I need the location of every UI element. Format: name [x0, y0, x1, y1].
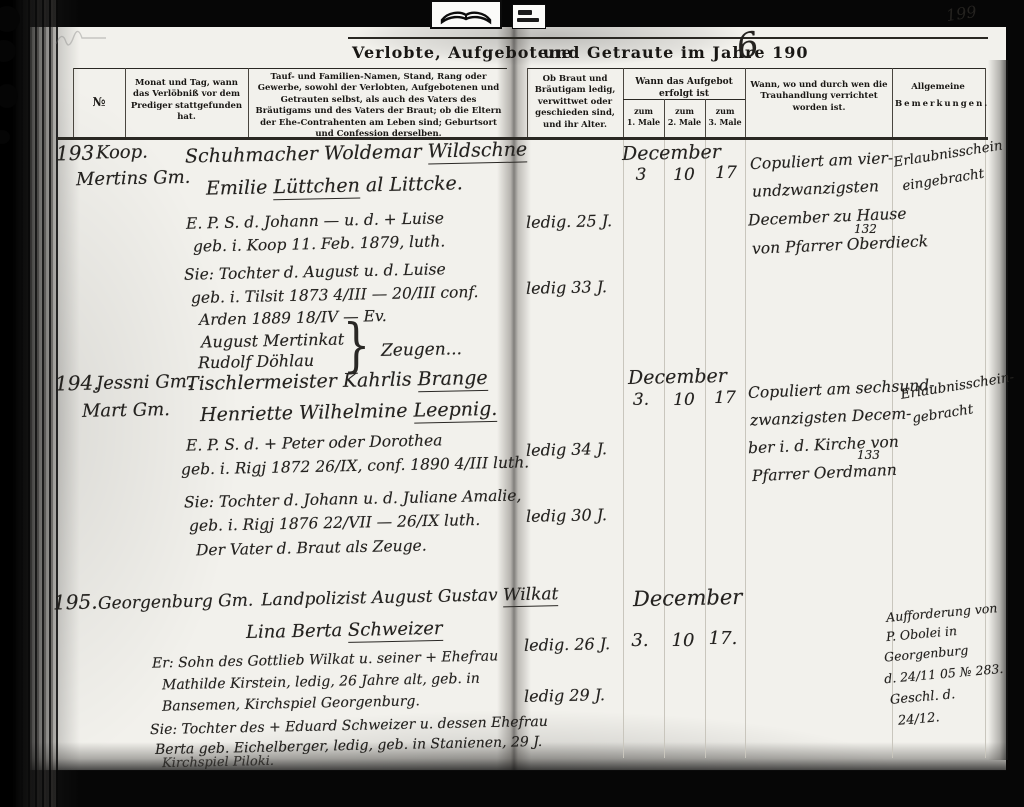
- witness-name: August Mertinkat: [201, 330, 345, 352]
- header-divider: [125, 68, 126, 138]
- page-curl-right: [988, 60, 1008, 760]
- banns-sub-label: 3. Male: [705, 117, 745, 128]
- bride-prefix: Lina Berta: [246, 620, 348, 643]
- groom-surname: Wildschne: [427, 138, 527, 164]
- faint-pencil-mark: [52, 26, 122, 52]
- status-bride: ledig 29 J.: [524, 685, 605, 706]
- entry-place: Koop.: [96, 141, 148, 163]
- banns-month: December: [628, 365, 727, 389]
- bride-surname: Schweizer: [348, 618, 443, 643]
- header-status-col: Ob Braut und Bräutigam ledig, verwittwet…: [531, 74, 619, 131]
- status-groom: ledig 34 J.: [526, 439, 607, 460]
- banns-date-1: 3.: [625, 390, 657, 410]
- bride-name-line: Lina Berta Schweizer: [246, 618, 443, 643]
- header-wedding-col: Wann, wo und durch wen die Trauhandlung …: [750, 80, 888, 114]
- entry-place: Mertins Gm.: [76, 167, 191, 190]
- bookmark-tab: [430, 0, 502, 29]
- banns-date-3: 17.: [706, 628, 740, 649]
- bride-surname: Lüttchen: [273, 174, 360, 200]
- remarks-label-bottom: Bemerkungen.: [895, 99, 981, 110]
- status-groom: ledig. 25 J.: [526, 211, 612, 232]
- marker-smudge: [517, 18, 539, 22]
- register-title-left: Verlobte, Aufgebotene: [352, 42, 573, 64]
- banns-month: December: [633, 585, 743, 611]
- witness-label: Zeugen...: [381, 339, 462, 361]
- banns-date-1: 3: [625, 165, 657, 185]
- binding-shadow: [0, 0, 90, 807]
- header-date-col: Monat und Tag, wann das Verlöbniß vor de…: [130, 78, 243, 124]
- entry-number: 195.: [53, 590, 98, 615]
- witness-brace: }: [343, 316, 371, 374]
- banns-month: December: [622, 141, 721, 165]
- remarks-label-top: Allgemeine: [895, 82, 981, 93]
- status-bride: ledig 33 J.: [526, 277, 607, 298]
- entry-place: Jessni Gm.: [96, 371, 193, 394]
- title-rule: [348, 37, 988, 39]
- scanned-register-spread: 199 Verlobte, Aufgebotene und Getraute i…: [0, 0, 1024, 807]
- status-groom: ledig. 26 J.: [524, 634, 610, 655]
- scan-border-right: [1006, 0, 1024, 807]
- banns-date-2: 10: [668, 390, 700, 410]
- entry-number: 194.: [55, 371, 100, 396]
- banns-sub-label: 2. Male: [664, 117, 705, 128]
- header-banns-3: zum 3. Male: [705, 106, 745, 128]
- entry-place: Mart Gm.: [82, 399, 170, 422]
- header-rule: [73, 68, 507, 69]
- entry-number: 193: [56, 141, 95, 166]
- entry-detail: Kirchspiel Piloki.: [162, 754, 274, 771]
- banns-sub-label: zum: [623, 106, 664, 117]
- wedding-ref-number: 132: [854, 222, 877, 236]
- entry-place: Georgenburg Gm.: [98, 591, 254, 614]
- open-book-icon: [432, 2, 500, 27]
- header-names-col: Tauf- und Familien-Namen, Stand, Rang od…: [252, 72, 505, 141]
- header-divider: [745, 68, 746, 138]
- groom-surname: Brange: [417, 367, 488, 392]
- bride-surname: Leepnig.: [413, 398, 497, 424]
- banns-date-1: 3.: [623, 630, 657, 651]
- banns-sub-label: zum: [705, 106, 745, 117]
- wedding-ref-number: 133: [857, 448, 880, 462]
- header-remarks-col: Allgemeine Bemerkungen.: [895, 82, 981, 111]
- banns-date-3: 17: [710, 163, 742, 183]
- header-divider: [892, 68, 893, 138]
- banns-date-2: 10: [666, 630, 700, 651]
- header-no: №: [73, 94, 125, 110]
- witness-name: Rudolf Döhlau: [198, 351, 314, 372]
- banns-date-2: 10: [668, 165, 700, 185]
- bride-prefix: Emilie: [206, 176, 274, 199]
- body-column-line: [745, 140, 746, 758]
- header-divider: [248, 68, 249, 138]
- banns-sub-label: 1. Male: [623, 117, 664, 128]
- film-marker-tab: [512, 4, 546, 29]
- marker-smudge: [518, 10, 532, 15]
- bride-suffix: al Littcke.: [360, 172, 463, 196]
- header-banns-col: Wann das Aufgebot erfolgt ist: [627, 76, 741, 100]
- header-banns-1: zum 1. Male: [623, 106, 664, 128]
- status-bride: ledig 30 J.: [526, 505, 607, 526]
- banns-sub-label: zum: [664, 106, 705, 117]
- body-column-line: [705, 140, 706, 758]
- scan-border-bottom: [0, 771, 1024, 807]
- header-divider: [527, 68, 528, 138]
- register-title-right: und Getraute im Jahre 190: [543, 42, 809, 64]
- body-column-line: [623, 140, 624, 758]
- bride-prefix: Henriette Wilhelmine: [200, 400, 414, 426]
- body-column-line: [664, 140, 665, 758]
- groom-surname: Wilkat: [503, 584, 559, 607]
- header-banns-2: zum 2. Male: [664, 106, 705, 128]
- banns-date-3: 17: [709, 388, 741, 408]
- header-rule: [527, 68, 985, 69]
